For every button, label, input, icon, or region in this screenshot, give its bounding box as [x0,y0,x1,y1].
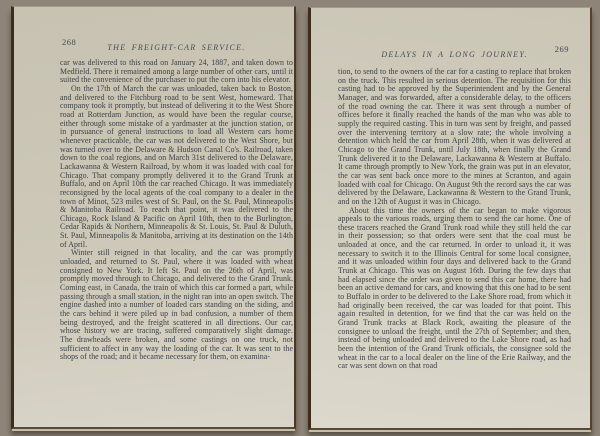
left-page-text: car was delivered to this road on Januar… [60,59,293,362]
paragraph: About this time the owners of the car be… [338,207,571,371]
paragraph: Winter still reigned in that locality, a… [60,249,293,362]
right-running-head: DELAYS IN A LONG JOURNEY. [381,50,527,59]
right-page: DELAYS IN A LONG JOURNEY. 269 tion, to s… [308,7,592,430]
left-running-head: THE FREIGHT-CAR SERVICE. [107,43,245,52]
paragraph: On the 17th of March the car was unloade… [60,85,293,249]
right-page-text: tion, to send to the owners of the car f… [338,68,571,371]
right-page-number: 269 [555,44,569,54]
left-page-header: 268 THE FREIGHT-CAR SERVICE. [60,37,293,55]
left-page-number: 268 [62,37,76,47]
right-page-header: DELAYS IN A LONG JOURNEY. 269 [338,44,571,62]
paragraph: tion, to send to the owners of the car f… [338,68,571,207]
paragraph: car was delivered to this road on Januar… [60,59,293,85]
left-page: 268 THE FREIGHT-CAR SERVICE. car was del… [11,6,296,429]
